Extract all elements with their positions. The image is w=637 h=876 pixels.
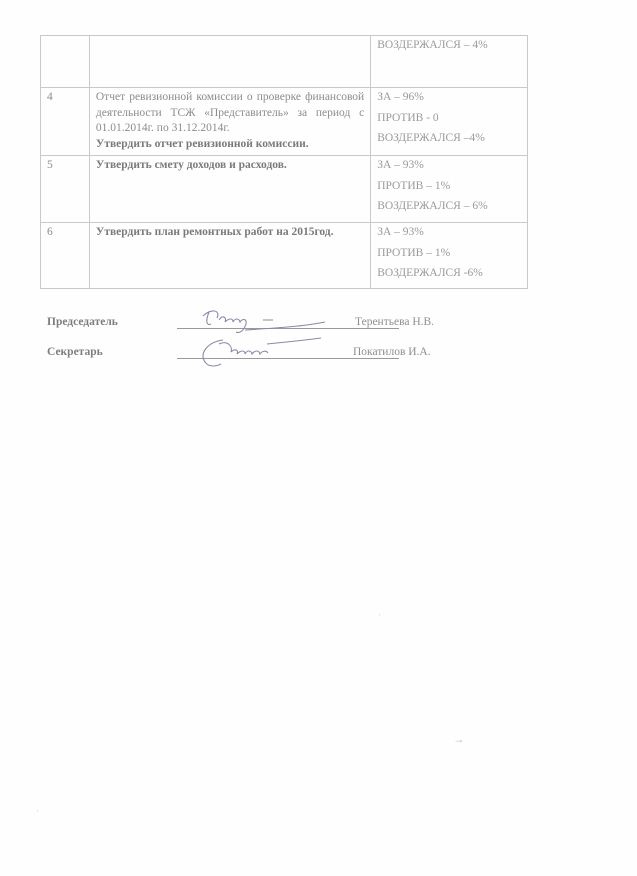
row-description: Утвердить смету доходов и расходов. <box>89 156 370 223</box>
row-description: Отчет ревизионной комиссии о проверке фи… <box>89 88 370 156</box>
vote-abstained: ВОЗДЕРЖАЛСЯ – 4% <box>377 38 521 54</box>
resolution-text: Утвердить отчет ревизионной комиссии. <box>96 137 364 153</box>
document-page: ВОЗДЕРЖАЛСЯ – 4% 4 Отчет ревизионной ком… <box>0 0 637 876</box>
secretary-name: Покатилов И.А. <box>353 346 431 358</box>
row-number: 4 <box>41 88 90 156</box>
resolution-text: Утвердить план ремонтных работ на 2015го… <box>96 225 364 241</box>
vote-abstained: ВОЗДЕРЖАЛСЯ – 6% <box>377 199 521 215</box>
secretary-role-label: Секретарь <box>47 346 103 358</box>
vote-against: ПРОТИВ – 1% <box>377 246 521 262</box>
row-results: ЗА – 93% ПРОТИВ – 1% ВОЗДЕРЖАЛСЯ – 6% <box>371 156 528 223</box>
row-description <box>89 36 370 88</box>
scan-speck: · <box>378 610 381 620</box>
row-number: 6 <box>41 223 90 289</box>
row-description: Утвердить план ремонтных работ на 2015го… <box>89 223 370 289</box>
signature-block: Председатель Терентьева Н.В. Секретарь П… <box>47 316 507 376</box>
row-number <box>41 36 90 88</box>
vote-for: ЗА – 93% <box>377 225 521 241</box>
table-row: 4 Отчет ревизионной комиссии о проверке … <box>41 88 528 156</box>
row-results: ВОЗДЕРЖАЛСЯ – 4% <box>371 36 528 88</box>
vote-for: ЗА – 96% <box>377 90 521 106</box>
table-row: 6 Утвердить план ремонтных работ на 2015… <box>41 223 528 289</box>
vote-against: ПРОТИВ - 0 <box>377 111 521 127</box>
vote-abstained: ВОЗДЕРЖАЛСЯ –4% <box>377 131 521 147</box>
table-row: ВОЗДЕРЖАЛСЯ – 4% <box>41 36 528 88</box>
vote-abstained: ВОЗДЕРЖАЛСЯ -6% <box>377 266 521 282</box>
secretary-handwritten-signature <box>197 336 347 368</box>
chair-name: Терентьева Н.В. <box>355 316 434 328</box>
row-number: 5 <box>41 156 90 223</box>
resolution-text: Утвердить смету доходов и расходов. <box>96 158 364 174</box>
description-text: Отчет ревизионной комиссии о проверке фи… <box>96 90 364 137</box>
chair-role-label: Председатель <box>47 316 118 328</box>
secretary-signature-row: Секретарь Покатилов И.А. <box>47 346 507 376</box>
row-results: ЗА – 93% ПРОТИВ – 1% ВОЗДЕРЖАЛСЯ -6% <box>371 223 528 289</box>
vote-for: ЗА – 93% <box>377 158 521 174</box>
voting-results-table: ВОЗДЕРЖАЛСЯ – 4% 4 Отчет ревизионной ком… <box>40 35 528 289</box>
scan-speck: ⊸ <box>455 736 463 747</box>
scan-speck: · <box>36 806 39 816</box>
chair-handwritten-signature <box>197 306 347 338</box>
vote-against: ПРОТИВ – 1% <box>377 179 521 195</box>
row-results: ЗА – 96% ПРОТИВ - 0 ВОЗДЕРЖАЛСЯ –4% <box>371 88 528 156</box>
table-row: 5 Утвердить смету доходов и расходов. ЗА… <box>41 156 528 223</box>
